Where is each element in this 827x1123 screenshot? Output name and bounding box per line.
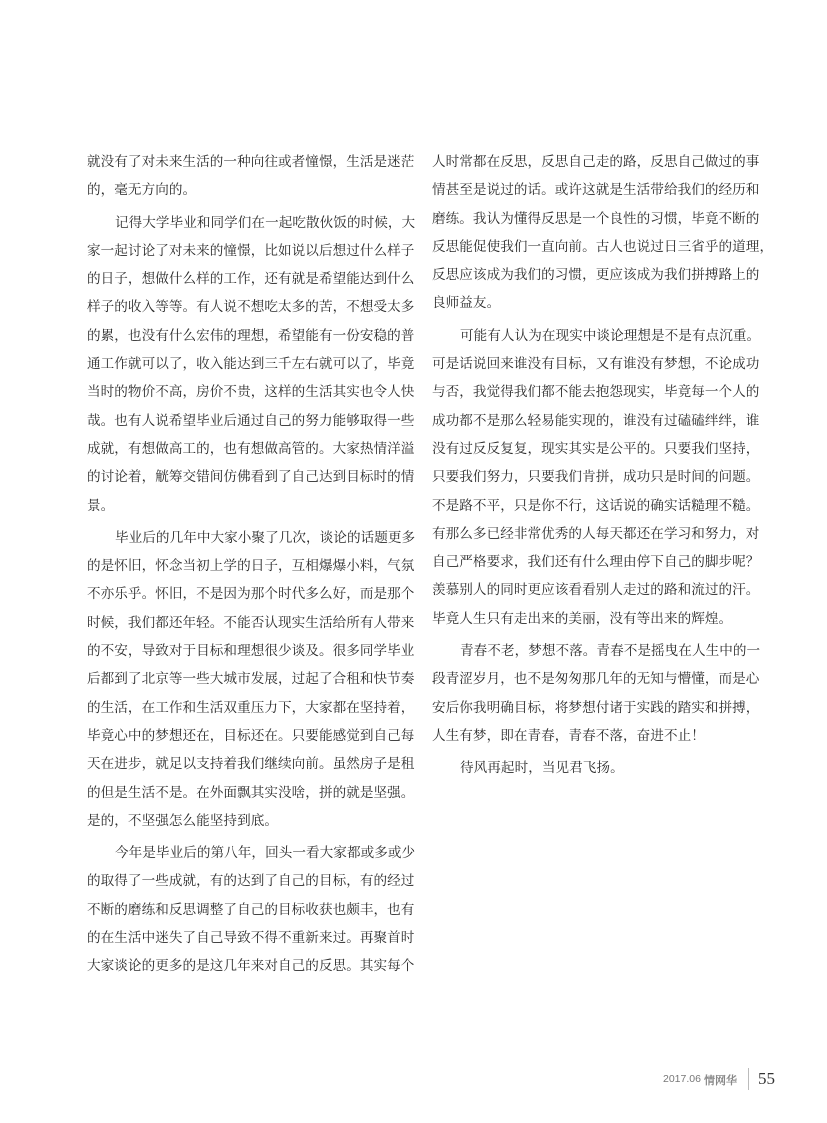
text-line: 的累，也没有什么宏伟的理想，希望能有一份安稳的普 bbox=[87, 322, 417, 350]
text-line: 通工作就可以了，收入能达到三千左右就可以了，毕竟 bbox=[87, 350, 417, 378]
text-line: 毕竟人生只有走出来的美丽，没有等出来的辉煌。 bbox=[432, 605, 757, 633]
paragraph: 待风再起时，当见君飞扬。 bbox=[432, 754, 757, 782]
text-line: 后都到了北京等一些大城市发展，过起了合租和快节奏 bbox=[87, 665, 417, 693]
text-line: 记得大学毕业和同学们在一起吃散伙饭的时候，大 bbox=[87, 209, 417, 237]
text-line: 是的，不坚强怎么能坚持到底。 bbox=[87, 807, 417, 835]
text-line: 哉。也有人说希望毕业后通过自己的努力能够取得一些 bbox=[87, 407, 417, 435]
text-line: 只要我们努力，只要我们肯拼，成功只是时间的问题。 bbox=[432, 463, 757, 491]
issue-date: 2017.06 bbox=[663, 1073, 701, 1085]
text-line: 毕竟心中的梦想还在，目标还在。只要能感觉到自己每 bbox=[87, 722, 417, 750]
text-line: 家一起讨论了对未来的憧憬，比如说以后想过什么样子 bbox=[87, 237, 417, 265]
paragraph: 记得大学毕业和同学们在一起吃散伙饭的时候，大家一起讨论了对未来的憧憬，比如说以后… bbox=[87, 209, 417, 520]
text-line: 不是路不平，只是你不行，这话说的确实话糙理不糙。 bbox=[432, 492, 757, 520]
text-line: 的，毫无方向的。 bbox=[87, 176, 417, 204]
page-footer: 2017.06 情网华 55 bbox=[0, 1068, 827, 1092]
text-line: 不亦乐乎。怀旧，不是因为那个时代多么好，而是那个 bbox=[87, 580, 417, 608]
text-line: 的是怀旧，怀念当初上学的日子，互相爆爆小料，气氛 bbox=[87, 552, 417, 580]
text-line: 没有过反反复复，现实其实是公平的。只要我们坚持， bbox=[432, 435, 757, 463]
text-line: 样子的收入等等。有人说不想吃太多的苦，不想受太多 bbox=[87, 293, 417, 321]
text-line: 有那么多已经非常优秀的人每天都还在学习和努力，对 bbox=[432, 520, 757, 548]
text-line: 不断的磨练和反思调整了自己的目标收获也颇丰，也有 bbox=[87, 896, 417, 924]
paragraph: 毕业后的几年中大家小聚了几次，谈论的话题更多的是怀旧，怀念当初上学的日子，互相爆… bbox=[87, 524, 417, 835]
text-line: 青春不老，梦想不落。青春不是摇曳在人生中的一 bbox=[432, 637, 757, 665]
paragraph: 今年是毕业后的第八年，回头一看大家都或多或少的取得了一些成就，有的达到了自己的目… bbox=[87, 839, 417, 980]
text-line: 当时的物价不高，房价不贵，这样的生活其实也令人快 bbox=[87, 378, 417, 406]
text-line: 的讨论着，觥筹交错间仿佛看到了自己达到目标时的情 bbox=[87, 463, 417, 491]
paragraph: 人时常都在反思，反思自己走的路，反思自己做过的事情甚至是说过的话。或许这就是生活… bbox=[432, 148, 757, 318]
paragraph: 可能有人认为在现实中谈论理想是不是有点沉重。可是话说回来谁没有目标，又有谁没有梦… bbox=[432, 322, 757, 633]
text-line: 天在进步，就足以支持着我们继续向前。虽然房子是租 bbox=[87, 750, 417, 778]
text-line: 的取得了一些成就，有的达到了自己的目标，有的经过 bbox=[87, 867, 417, 895]
text-line: 可是话说回来谁没有目标，又有谁没有梦想，不论成功 bbox=[432, 350, 757, 378]
magazine-name: 情网华 bbox=[704, 1072, 737, 1088]
text-line: 景。 bbox=[87, 492, 417, 520]
text-line: 的日子，想做什么样的工作，还有就是希望能达到什么 bbox=[87, 265, 417, 293]
text-line: 人生有梦，即在青春，青春不落，奋进不止！ bbox=[432, 722, 757, 750]
text-line: 磨练。我认为懂得反思是一个良性的习惯，毕竟不断的 bbox=[432, 205, 757, 233]
text-line: 与否，我觉得我们都不能去抱怨现实，毕竟每一个人的 bbox=[432, 378, 757, 406]
text-line: 的但是生活不是。在外面飘其实没啥，拼的就是坚强。 bbox=[87, 779, 417, 807]
text-line: 反思能促使我们一直向前。古人也说过日三省乎的道理， bbox=[432, 233, 757, 261]
text-line: 待风再起时，当见君飞扬。 bbox=[432, 754, 757, 782]
right-column: 人时常都在反思，反思自己走的路，反思自己做过的事情甚至是说过的话。或许这就是生活… bbox=[432, 148, 757, 787]
text-line: 就没有了对未来生活的一种向往或者憧憬，生活是迷茫 bbox=[87, 148, 417, 176]
text-line: 羡慕别人的同时更应该看看别人走过的路和流过的汗。 bbox=[432, 576, 757, 604]
text-line: 自己严格要求，我们还有什么理由停下自己的脚步呢？ bbox=[432, 548, 757, 576]
text-line: 段青涩岁月，也不是匆匆那几年的无知与懵懂，而是心 bbox=[432, 665, 757, 693]
text-line: 的不安，导致对于目标和理想很少谈及。很多同学毕业 bbox=[87, 637, 417, 665]
page-number: 55 bbox=[758, 1069, 775, 1089]
text-line: 成功都不是那么轻易能实现的，谁没有过磕磕绊绊，谁 bbox=[432, 407, 757, 435]
text-line: 情甚至是说过的话。或许这就是生活带给我们的经历和 bbox=[432, 176, 757, 204]
text-line: 今年是毕业后的第八年，回头一看大家都或多或少 bbox=[87, 839, 417, 867]
text-line: 的生活，在工作和生活双重压力下，大家都在坚持着， bbox=[87, 694, 417, 722]
left-column: 就没有了对未来生活的一种向往或者憧憬，生活是迷茫的，毫无方向的。记得大学毕业和同… bbox=[87, 148, 417, 985]
text-line: 良师益友。 bbox=[432, 289, 757, 317]
text-line: 大家谈论的更多的是这几年来对自己的反思。其实每个 bbox=[87, 952, 417, 980]
text-line: 人时常都在反思，反思自己走的路，反思自己做过的事 bbox=[432, 148, 757, 176]
footer-divider bbox=[748, 1068, 749, 1090]
paragraph: 就没有了对未来生活的一种向往或者憧憬，生活是迷茫的，毫无方向的。 bbox=[87, 148, 417, 205]
text-line: 的在生活中迷失了自己导致不得不重新来过。再聚首时 bbox=[87, 924, 417, 952]
text-line: 成就，有想做高工的，也有想做高管的。大家热情洋溢 bbox=[87, 435, 417, 463]
text-line: 可能有人认为在现实中谈论理想是不是有点沉重。 bbox=[432, 322, 757, 350]
text-line: 安后你我明确目标，将梦想付诸于实践的踏实和拼搏， bbox=[432, 694, 757, 722]
text-line: 毕业后的几年中大家小聚了几次，谈论的话题更多 bbox=[87, 524, 417, 552]
paragraph: 青春不老，梦想不落。青春不是摇曳在人生中的一段青涩岁月，也不是匆匆那几年的无知与… bbox=[432, 637, 757, 750]
text-line: 时候，我们都还年轻。不能否认现实生活给所有人带来 bbox=[87, 609, 417, 637]
text-line: 反思应该成为我们的习惯，更应该成为我们拼搏路上的 bbox=[432, 261, 757, 289]
